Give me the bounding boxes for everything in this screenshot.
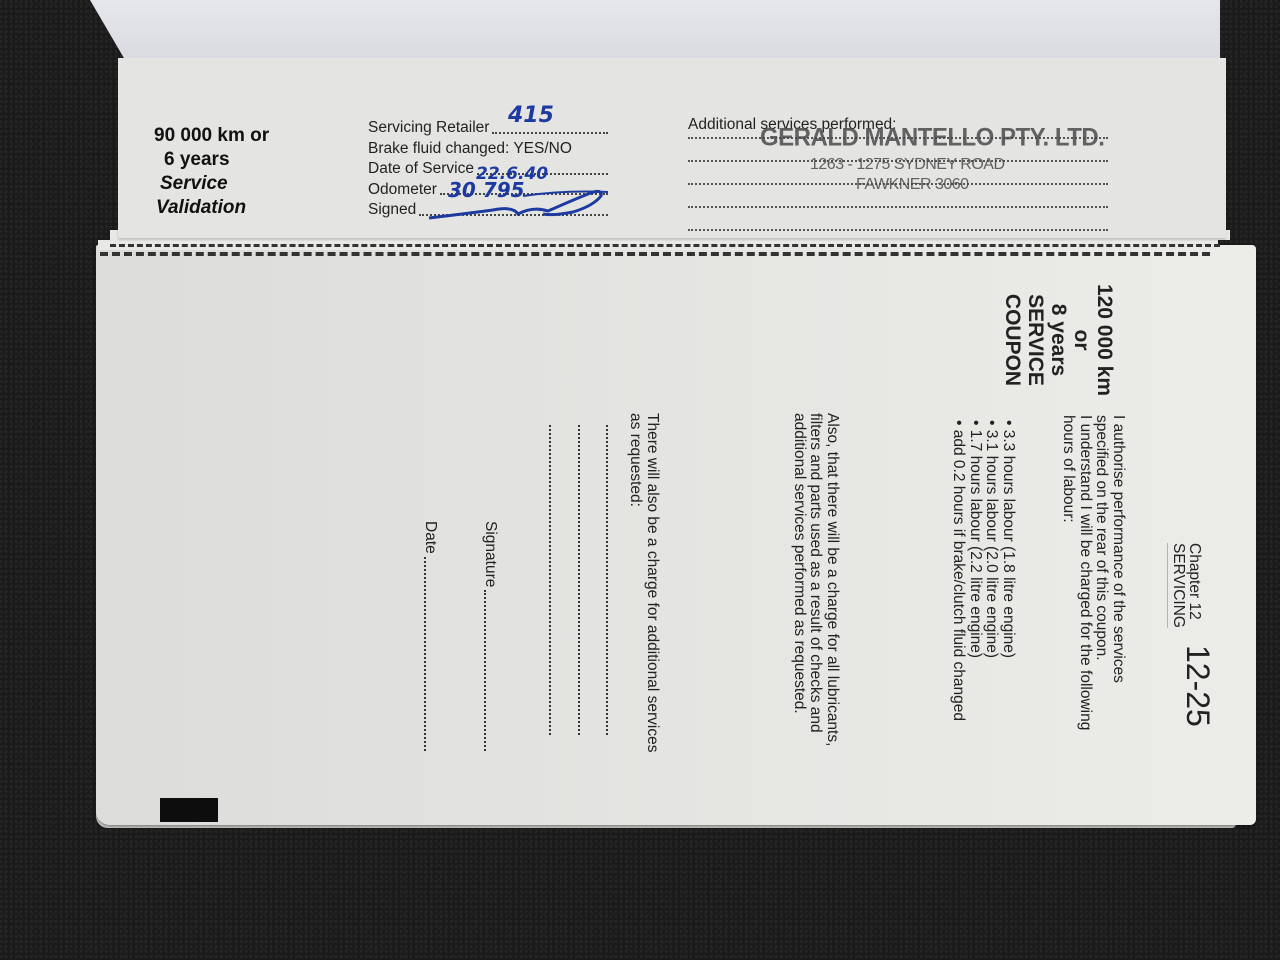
coupon-title-line: COUPON — [1001, 265, 1024, 415]
labour-item: • 3.3 hours labour (1.8 litre engine) — [1000, 420, 1017, 740]
retailer-handwriting: 415 — [508, 106, 554, 127]
stamp-suburb: FAWKNER 3060 — [856, 176, 969, 194]
signature-label: Signature — [482, 521, 499, 587]
service-validation-stub: 90 000 km or 6 years Service Validation … — [118, 58, 1226, 238]
also-paragraph: Also, that there will be a charge for al… — [791, 413, 841, 753]
page-number: 12-25 — [1179, 645, 1216, 727]
signature-field[interactable]: Signature — [482, 521, 499, 751]
understand-text: I understand I will be charged for the f… — [1060, 415, 1093, 735]
date-line[interactable] — [425, 557, 439, 751]
coupon-title-line: SERVICE — [1024, 265, 1047, 415]
perforation-line — [100, 252, 1210, 256]
signed-label: Signed — [368, 200, 416, 221]
also-text: Also, that there will be a charge for al… — [791, 413, 841, 753]
authorise-text-block: I authorise performance of the services … — [1060, 415, 1126, 735]
stub-title-line: 90 000 km or — [154, 124, 269, 148]
additional-charge-paragraph: There will also be a charge for addition… — [627, 413, 660, 753]
retailer-label: Servicing Retailer — [368, 118, 489, 139]
stamp-address: 1263 - 1275 SYDNEY ROAD — [810, 156, 1005, 174]
brake-field[interactable]: Brake fluid changed: YES/NO — [368, 139, 608, 160]
additional-line-1[interactable] — [606, 425, 608, 735]
retailer-field[interactable]: Servicing Retailer — [368, 118, 608, 139]
signature-scribble — [423, 184, 613, 224]
brake-label: Brake fluid changed: YES/NO — [368, 139, 572, 160]
signature-line[interactable] — [485, 590, 499, 751]
stub-title: 90 000 km or 6 years Service Validation — [154, 124, 269, 220]
labour-item: • 1.7 hours labour (2.2 litre engine) — [967, 420, 984, 740]
booklet-cover-flap — [90, 0, 1220, 58]
section-label: SERVICING — [1170, 543, 1186, 628]
labour-list: • 3.3 hours labour (1.8 litre engine) • … — [950, 420, 1016, 740]
coupon-page: 12-25 Chapter 12 SERVICING 120 000 km or… — [96, 245, 1256, 825]
coupon-title: 120 000 km or 8 years SERVICE COUPON — [1001, 265, 1116, 415]
date-field[interactable]: Date — [422, 521, 439, 751]
stub-title-line: Validation — [154, 196, 269, 220]
perforation-line — [110, 244, 1220, 247]
stub-title-line: 6 years — [154, 148, 269, 172]
authorise-text: I authorise performance of the services … — [1093, 415, 1126, 735]
coupon-title-line: or — [1070, 265, 1093, 415]
stub-title-line: Service — [154, 172, 269, 196]
validation-fields: Servicing Retailer Brake fluid changed: … — [368, 118, 608, 221]
additional-services: Additional services performed: GERALD MA… — [688, 116, 1108, 231]
date-label: Date — [422, 521, 439, 554]
additional-services-line[interactable] — [688, 208, 1108, 231]
coupon-title-line: 8 years — [1047, 265, 1070, 415]
stamp-business-name: GERALD MANTELLO PTY. LTD. — [760, 123, 1104, 152]
date-of-service-label: Date of Service — [368, 159, 474, 180]
additional-line-2[interactable] — [578, 425, 580, 735]
additional-line-3[interactable] — [549, 425, 551, 735]
additional-charge-text: There will also be a charge for addition… — [627, 413, 660, 753]
chapter-label: Chapter 12 — [1186, 543, 1202, 628]
labour-item: • add 0.2 hours if brake/clutch fluid ch… — [950, 420, 967, 740]
coupon-title-line: 120 000 km — [1093, 265, 1116, 415]
labour-item: • 3.1 hours labour (2.0 litre engine) — [983, 420, 1000, 740]
index-tab-marker — [160, 798, 218, 822]
chapter-heading: Chapter 12 SERVICING — [1167, 543, 1202, 628]
